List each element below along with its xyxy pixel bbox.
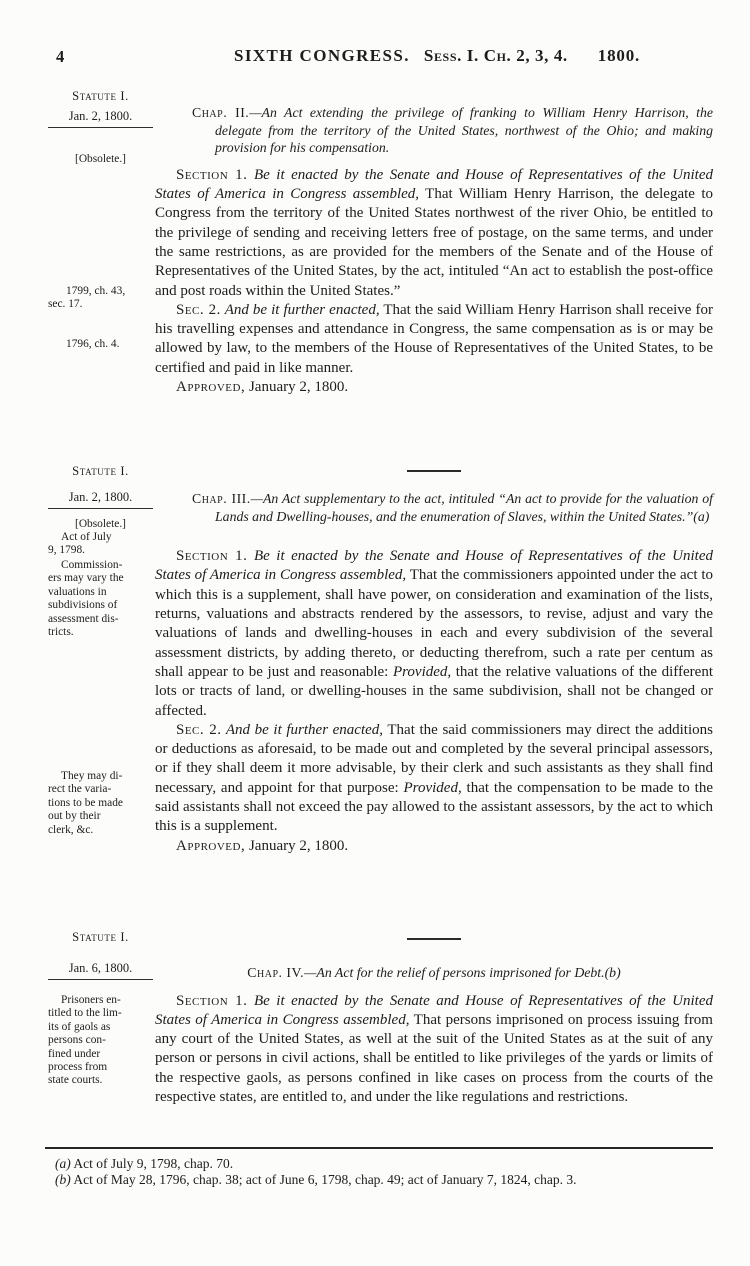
page-number: 4: [56, 47, 64, 67]
obsolete-sidenote: [Obsolete.]: [48, 153, 153, 166]
chapter-heading: Chap. II.—An Act extending the privilege…: [155, 104, 713, 157]
summary-sidenote-prisoners: Prisoners en- titled to the lim- its of …: [48, 994, 153, 1088]
chapter-label: Chap. IV.: [247, 965, 304, 980]
footnote-rule: [45, 1147, 713, 1149]
approved-line: Approved, January 2, 1800.: [155, 837, 713, 856]
section-1-paragraph: Section 1. Be it enacted by the Senate a…: [155, 547, 713, 721]
act-chapter-3: Statute I. Jan. 2, 1800. [Obsolete.] Act…: [45, 462, 713, 856]
session-chapter-info: Sess. I. Ch. 2, 3, 4.: [424, 46, 568, 65]
statute-label: Statute I.: [48, 90, 153, 103]
section-2-paragraph: Sec. 2. And be it further enacted, That …: [155, 721, 713, 837]
citation-sidenote: 1799, ch. 43, sec. 17.: [48, 285, 153, 312]
act-body: Chap. IV.—An Act for the relief of perso…: [155, 938, 713, 1107]
date-sidenote: Jan. 6, 1800.: [48, 962, 153, 980]
chapter-title: —An Act extending the privilege of frank…: [215, 105, 713, 155]
section-divider-rule: [407, 938, 461, 940]
statutes-at-large-page: 4 SIXTH CONGRESS.Sess. I. Ch. 2, 3, 4.18…: [0, 0, 750, 1266]
footnotes-block: (a) Act of July 9, 1798, chap. 70. (b) A…: [55, 1156, 715, 1188]
statute-label: Statute I.: [48, 465, 153, 478]
date-sidenote: Jan. 2, 1800.: [48, 491, 153, 509]
congress-title: SIXTH CONGRESS.: [234, 46, 410, 65]
act-body: Chap. II.—An Act extending the privilege…: [155, 104, 713, 397]
chapter-title: —An Act supplementary to the act, intitu…: [215, 491, 713, 524]
summary-sidenote-commissioners: Commission- ers may vary the valuations …: [48, 559, 153, 639]
citation-sidenote: 1796, ch. 4.: [48, 338, 153, 351]
chapter-label: Chap. III.: [192, 491, 251, 506]
section-2-paragraph: Sec. 2. And be it further enacted, That …: [155, 301, 713, 378]
approved-line: Approved, January 2, 1800.: [155, 378, 713, 397]
act-chapter-2: Statute I. Jan. 2, 1800. [Obsolete.] 179…: [45, 88, 713, 397]
chapter-heading: Chap. III.—An Act supplementary to the a…: [155, 490, 713, 525]
act-reference-sidenote: Act of July 9, 1798.: [48, 531, 153, 558]
running-header: 4 SIXTH CONGRESS.Sess. I. Ch. 2, 3, 4.18…: [0, 46, 750, 70]
date-sidenote: Jan. 2, 1800.: [48, 110, 153, 128]
statute-label: Statute I.: [48, 931, 153, 944]
footnote-a: (a) Act of July 9, 1798, chap. 70.: [55, 1156, 715, 1172]
header-center: SIXTH CONGRESS.Sess. I. Ch. 2, 3, 4.1800…: [234, 46, 640, 66]
chapter-label: Chap. II.: [192, 105, 249, 120]
year-label: 1800.: [598, 46, 640, 65]
chapter-title: —An Act for the relief of persons impris…: [304, 965, 621, 980]
section-1-paragraph: Section 1. Be it enacted by the Senate a…: [155, 992, 713, 1108]
chapter-heading: Chap. IV.—An Act for the relief of perso…: [155, 964, 713, 982]
footnote-b: (b) Act of May 28, 1796, chap. 38; act o…: [55, 1172, 715, 1188]
section-1-paragraph: Section 1. Be it enacted by the Senate a…: [155, 166, 713, 301]
section-divider-rule: [407, 470, 461, 472]
act-chapter-4: Statute I. Jan. 6, 1800. Prisoners en- t…: [45, 928, 713, 1107]
obsolete-sidenote: [Obsolete.]: [48, 518, 153, 531]
summary-sidenote-clerk: They may di- rect the varia- tions to be…: [48, 770, 153, 837]
act-body: Chap. III.—An Act supplementary to the a…: [155, 470, 713, 856]
